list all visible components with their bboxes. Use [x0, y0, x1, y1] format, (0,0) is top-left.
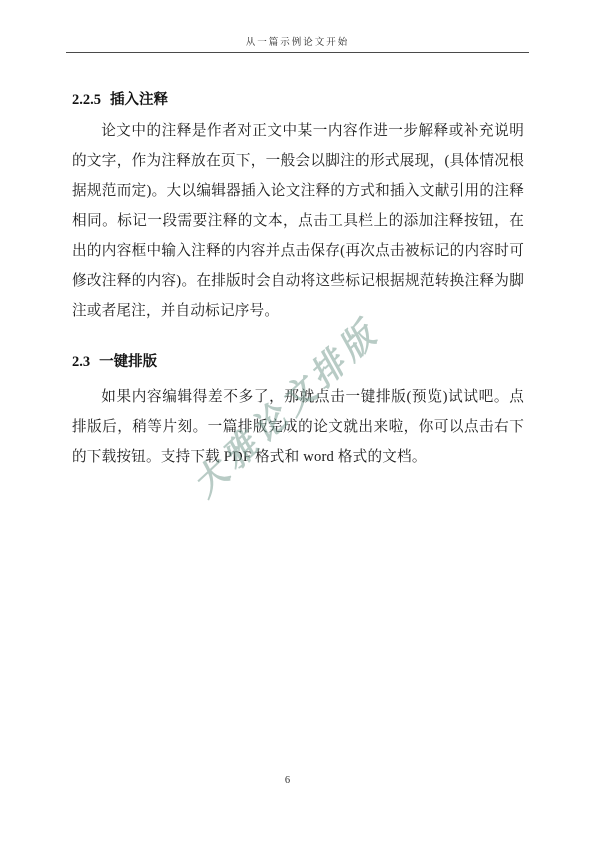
paragraph-notes: 论文中的注释是作者对正文中某一内容作进一步解释或补充说明 的文字，作为注释放在页…	[72, 116, 524, 326]
text-line: 据规范而定)。大以编辑器插入论文注释的方式和插入文献引用的注释	[72, 176, 524, 206]
page-footer: 6	[0, 775, 575, 786]
section-heading-2-3: 2.3一键排版	[72, 352, 524, 372]
section-title: 插入注释	[110, 92, 168, 108]
text-line: 相同。标记一段需要注释的文本，点击工具栏上的添加注释按钮，在弹	[72, 206, 524, 236]
text-line: 修改注释的内容)。在排版时会自动将这些标记根据规范转换注释为脚	[72, 266, 524, 296]
running-header-title: 从一篇示例论文开始	[246, 38, 350, 48]
document-page: 从一篇示例论文开始 2.2.5插入注释 论文中的注释是作者对正文中某一内容作进一…	[0, 0, 595, 842]
text-line: 注或者尾注，并自动标记序号。	[72, 296, 524, 326]
text-line: 的文字，作为注释放在页下，一般会以脚注的形式展现，(具体情况根	[72, 146, 524, 176]
text-line: 如果内容编辑得差不多了，那就点击一键排版(预览)试试吧。点击	[72, 382, 524, 412]
page-header: 从一篇示例论文开始	[66, 0, 529, 53]
text-line: 出的内容框中输入注释的内容并点击保存(再次点击被标记的内容时可	[72, 236, 524, 266]
section-heading-2-2-5: 2.2.5插入注释	[72, 90, 524, 110]
section-title: 一键排版	[99, 354, 157, 370]
section-number: 2.3	[72, 354, 90, 370]
section-number: 2.2.5	[72, 92, 101, 108]
page-number: 6	[285, 775, 290, 786]
text-line: 的下载按钮。支持下载 PDF 格式和 word 格式的文档。	[72, 442, 524, 472]
paragraph-one-click-layout: 如果内容编辑得差不多了，那就点击一键排版(预览)试试吧。点击 排版后，稍等片刻。…	[72, 382, 524, 472]
text-line: 论文中的注释是作者对正文中某一内容作进一步解释或补充说明	[72, 116, 524, 146]
text-line: 排版后，稍等片刻。一篇排版完成的论文就出来啦，你可以点击右下角	[72, 412, 524, 442]
